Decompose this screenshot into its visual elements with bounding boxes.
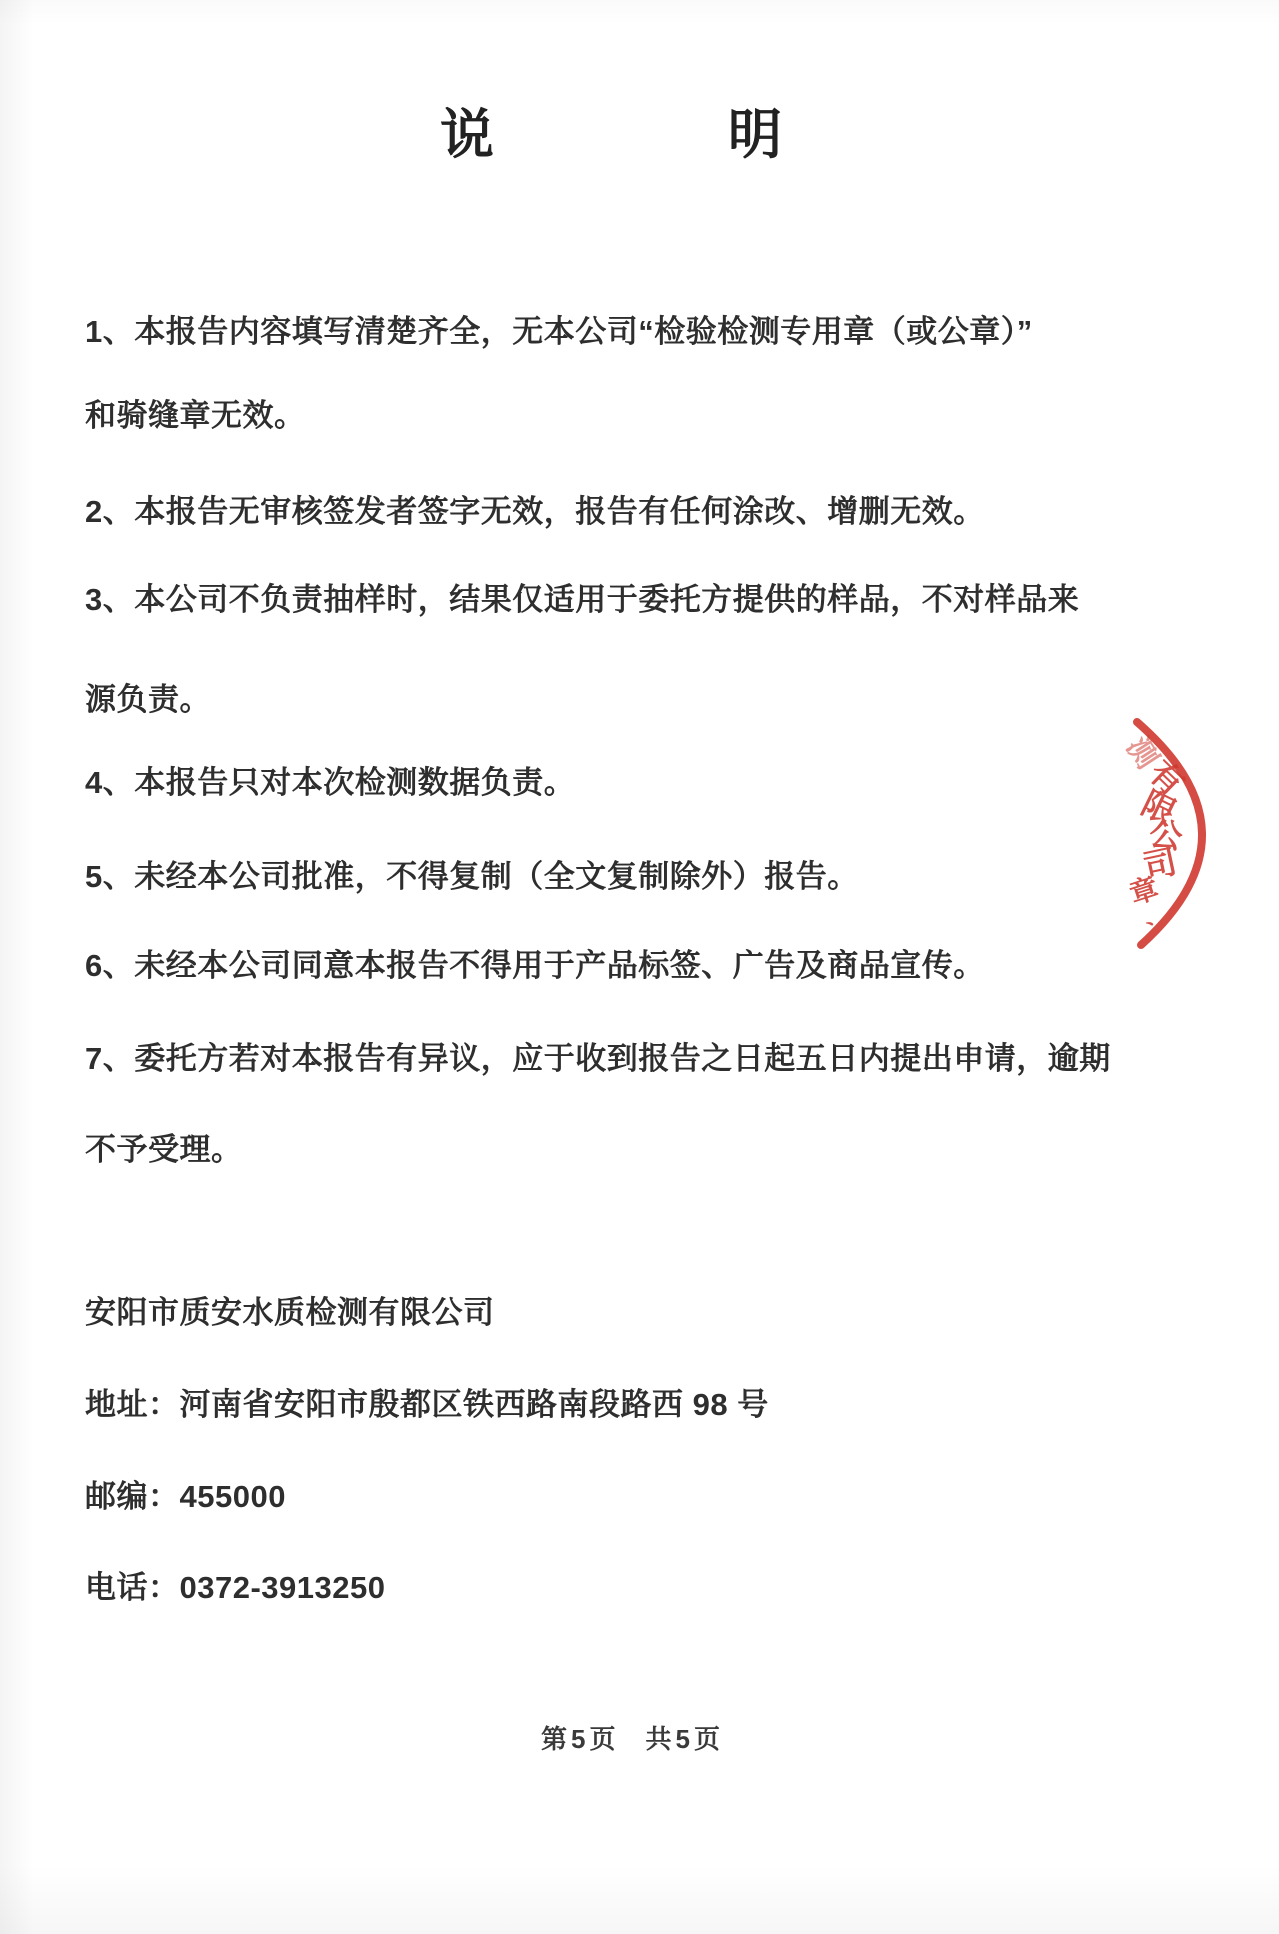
company-address: 地址：河南省安阳市殷都区铁西路南段路西 98 号 xyxy=(85,1383,769,1427)
note-1-line-2: 和骑缝章无效。 xyxy=(85,394,306,438)
note-6-line-1: 6、未经本公司同意本报告不得用于产品标签、广告及商品宣传。 xyxy=(85,944,985,988)
note-2-line-1: 2、本报告无审核签发者签字无效，报告有任何涂改、增删无效。 xyxy=(85,490,985,534)
note-1-line-1: 1、本报告内容填写清楚齐全，无本公司“检验检测专用章（或公章）” xyxy=(85,310,1033,354)
company-phone: 电话：0372-3913250 xyxy=(85,1566,385,1610)
note-3-line-1: 3、本公司不负责抽样时，结果仅适用于委托方提供的样品，不对样品来 xyxy=(85,578,1079,622)
company-seal: 测 有 限 公 司 章 、 xyxy=(1090,695,1240,960)
company-postal-code: 邮编：455000 xyxy=(85,1475,286,1519)
company-name: 安阳市质安水质检测有限公司 xyxy=(85,1291,495,1335)
page-number-current: 第5页 xyxy=(541,1719,619,1756)
note-7-line-2: 不予受理。 xyxy=(85,1128,243,1172)
page-footer: 第5页 共5页 xyxy=(0,1719,1279,1756)
note-5-line-1: 5、未经本公司批准，不得复制（全文复制除外）报告。 xyxy=(85,855,859,899)
note-7-line-1: 7、委托方若对本报告有异议，应于收到报告之日起五日内提出申请，逾期 xyxy=(85,1037,1111,1081)
page-number-total: 共5页 xyxy=(646,1719,724,1756)
note-4-line-1: 4、本报告只对本次检测数据负责。 xyxy=(85,761,575,805)
note-3-line-2: 源负责。 xyxy=(85,678,211,722)
page-title: 说明 xyxy=(440,106,1016,165)
